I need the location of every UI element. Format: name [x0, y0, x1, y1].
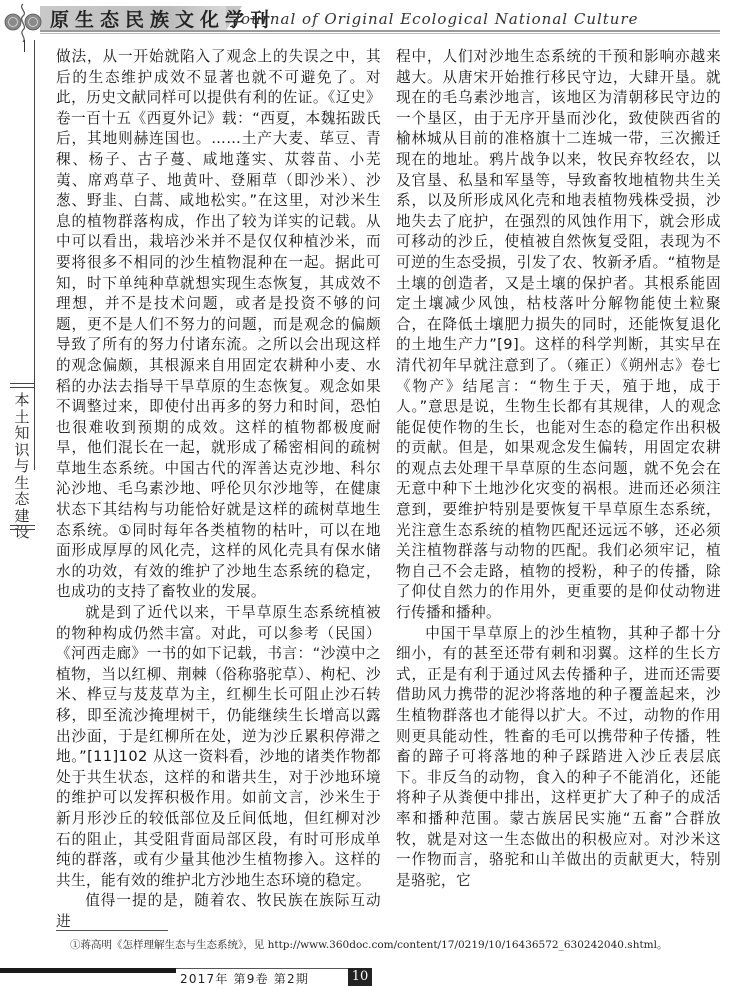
paragraph: 就是到了近代以来，干旱草原生态系统植被的物种构成仍然丰富。对此，可以参考（民国）…: [56, 603, 381, 891]
footer-bar: [0, 968, 176, 973]
paragraph: 程中，人们对沙地生态系统的干预和影响亦越来越大。从唐宋开始推行移民守边，大肆开垦…: [396, 47, 721, 624]
ornament-stem: [24, 40, 25, 52]
paragraph: 做法，从一开始就陷入了观念上的失误之中，其后的生态维护成效不显著也就不可避免了。…: [56, 47, 381, 603]
left-column: 做法，从一开始就陷入了观念上的失误之中，其后的生态维护成效不显著也就不可避免了。…: [56, 47, 381, 933]
side-section-rule-top: [10, 383, 35, 388]
page-number: 10: [348, 968, 372, 986]
header-rule-thin: [40, 33, 720, 34]
footnote-rule: [56, 930, 168, 931]
paragraph: 中国干旱草原上的沙生植物，其种子都十分细小，有的甚至还带有刺和羽翼。这样的生长方…: [396, 624, 721, 892]
side-vertical-rule: [34, 40, 35, 470]
right-column: 程中，人们对沙地生态系统的干预和影响亦越来越大。从唐宋开始推行移民守边，大肆开垦…: [396, 47, 721, 891]
footer-rule: [176, 968, 372, 969]
side-section-rule-bottom: [10, 525, 35, 530]
header-rule: [40, 30, 720, 32]
footnote: ①蒋高明《怎样理解生态与生态系统》，见 http://www.360doc.co…: [70, 937, 668, 952]
section-label: 本土知识与生态建设: [13, 392, 31, 541]
paragraph: 值得一提的是，随着农、牧民族在族际互动进: [56, 891, 381, 932]
journal-header: 原生态民族文化学刊 Journal of Original Ecological…: [0, 0, 750, 44]
journal-title-en: Journal of Original Ecological National …: [234, 10, 639, 28]
knot-ornament-icon: [4, 2, 42, 42]
issue-info: 2017年 第9卷 第2期: [180, 970, 309, 987]
